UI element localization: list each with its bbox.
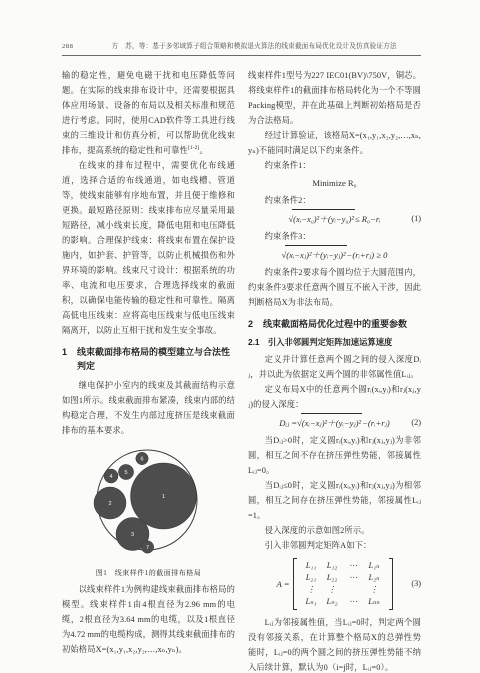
equation-1: √(xᵢ−x₀)²＋(yᵢ−y₀)² ≤ R₀−rᵢ (1) — [248, 209, 421, 228]
figure-1: 1234567 图1 线束样件1的截面排布格局 — [62, 446, 235, 578]
matrix-cell: ⋮ — [307, 584, 315, 596]
equation-rhs: ≤ R₀−rᵢ — [355, 210, 381, 228]
cable-circle-label: 5 — [124, 470, 127, 476]
equation-2: Dᵢⱼ = √(xᵢ−xⱼ)²＋(yᵢ−yⱼ)² −(rᵢ+rⱼ) (2) — [248, 413, 421, 432]
matrix-left-bracket — [293, 558, 297, 610]
paragraph: 在线束的排布过程中，需要优化布线通道，选择合适的布线通道，如电线槽、管道等，使线… — [62, 158, 235, 338]
paragraph-text: 。 — [199, 146, 207, 155]
paragraph: 线束样件1型号为227 IEC01(BV)\750V，铜芯。将线束样件1的截面排… — [248, 68, 421, 128]
matrix-grid: L₁₁ L₁₂ ⋯ L₁ₙ L₂₁ L₂₂ ⋯ L₂ₙ ⋮ ⋮ ⋮ — [300, 558, 386, 610]
paper-page: 288 方 苏，等：基于多邻域算子组合策略和模拟退火算法的线束截面布局优化设计及… — [0, 0, 480, 673]
equation-radicand: (xᵢ−x₀)²＋(yᵢ−y₀)² — [292, 209, 355, 228]
section-1-heading: 1 线束截面排布格局的模型建立与合法性判定 — [62, 345, 235, 373]
paragraph-text: 输的稳定性，避免电磁干扰和电压降低等问题。在实际的线束排布设计中，还需要根据具体… — [62, 71, 235, 155]
page-number: 288 — [62, 43, 73, 50]
matrix-cell: L₂ₙ — [369, 572, 380, 584]
paragraph: 继电保护小室内的线束及其截面结构示意如图1所示。线束截面排布紧凑，线束内部的结构… — [62, 378, 235, 438]
paragraph: Lᵢⱼ为邻接属性值，当Lᵢⱼ=0时，判定两个圆没有邻接关系，在计算整个格局X的总… — [248, 615, 421, 673]
matrix-cell: L₂₂ — [327, 572, 337, 584]
paragraph: 经过计算验证，该格局X=(x₁,y₁,x₂,y₂,…,xₙ,yₙ)不能同时满足以… — [248, 128, 421, 158]
matrix-cell: ⋯ — [349, 572, 357, 584]
section-number: 2 — [248, 317, 263, 331]
constraint-2-label: 约束条件2： — [248, 193, 421, 208]
section-title: 线束截面排布格局的模型建立与合法性判定 — [77, 345, 235, 373]
equation-minimize: Minimize R₀ — [248, 174, 421, 192]
equation-3-matrix: A = L₁₁ L₁₂ ⋯ L₁ₙ L₂₁ L₂₂ ⋯ L₂ₙ ⋮ — [248, 558, 421, 610]
paragraph: 当Dᵢⱼ≤0时，定义圆rᵢ(xᵢ,yᵢ)和rⱼ(xⱼ,yⱼ)为相邻圆，相互之间存… — [248, 478, 421, 523]
matrix-cell: L₁ₙ — [369, 560, 380, 572]
paragraph: 定义并计算任意两个圆之间的侵入深度Dᵢⱼ，并以此为依据定义两个圆的非邻属性值Lᵢ… — [248, 352, 421, 382]
paragraph: 以线束样件1为例构建线束截面排布格局的模型。线束样件1由4根直径为2.96 mm… — [62, 582, 235, 657]
matrix: L₁₁ L₁₂ ⋯ L₁ₙ L₂₁ L₂₂ ⋯ L₂ₙ ⋮ ⋮ ⋮ — [293, 558, 393, 610]
matrix-cell: Lₙₙ — [368, 596, 379, 608]
equation-constraint-3: √(xᵢ−xⱼ)²＋(yᵢ−yⱼ)² −(rᵢ+rⱼ) ≥ 0 — [248, 245, 421, 264]
paragraph: 侵入深度的示意如图2所示。 — [248, 523, 421, 538]
section-title: 线束截面格局优化过程中的重要参数 — [263, 317, 407, 331]
equation-number: (1) — [411, 210, 421, 228]
matrix-right-bracket — [389, 558, 393, 610]
running-title: 方 苏，等：基于多邻域算子组合策略和模拟退火算法的线束截面布局优化设计及仿真验证… — [87, 40, 421, 50]
matrix-cell: L₁₂ — [327, 560, 337, 572]
cable-circle-label: 2 — [108, 501, 111, 507]
running-header: 288 方 苏，等：基于多邻域算子组合策略和模拟退火算法的线束截面布局优化设计及… — [62, 40, 421, 56]
page-content: 288 方 苏，等：基于多邻域算子组合策略和模拟退火算法的线束截面布局优化设计及… — [62, 40, 421, 673]
right-column: 线束样件1型号为227 IEC01(BV)\750V，铜芯。将线束样件1的截面排… — [248, 68, 421, 673]
paragraph: 约束条件2要求每个圆均位于大圆范围内，约束条件3要求任意两个圆互不嵌入干涉，因此… — [248, 265, 421, 310]
constraint-1-label: 约束条件1： — [248, 158, 421, 173]
cable-circle-label: 1 — [161, 494, 164, 500]
matrix-cell: ⋯ — [349, 596, 357, 608]
equation-number: (3) — [411, 578, 421, 590]
left-column: 输的稳定性，避免电磁干扰和电压降低等问题。在实际的线束排布设计中，还需要根据具体… — [62, 68, 235, 673]
matrix-cell: L₂₁ — [306, 572, 316, 584]
equation-number: (2) — [411, 414, 421, 432]
paragraph: 定义布局X中的任意两个圆rᵢ(xᵢ,yᵢ)和rⱼ(xⱼ,yⱼ)的侵入深度： — [248, 382, 421, 412]
equation-radicand: (xᵢ−xⱼ)²＋(yᵢ−yⱼ)² — [301, 413, 362, 432]
section-2-1-heading: 2.1 引入非邻圆判定矩阵加速运算速度 — [248, 336, 421, 349]
cable-circle-label: 6 — [140, 457, 143, 463]
paragraph: 引入非邻圆判定矩阵A如下： — [248, 538, 421, 553]
matrix-cell: Lₙ₂ — [327, 596, 338, 608]
constraint-3-label: 约束条件3： — [248, 229, 421, 244]
matrix-cell: L₁₁ — [306, 560, 316, 572]
section-number: 1 — [62, 345, 77, 373]
matrix-lhs: A = — [276, 578, 289, 590]
matrix-cell: ⋮ — [328, 584, 336, 596]
equation-radicand: (xᵢ−xⱼ)²＋(yᵢ−yⱼ)² — [285, 245, 346, 264]
matrix-cell: Lₙ₁ — [306, 596, 317, 608]
figure-1-caption: 图1 线束样件1的截面排布格局 — [62, 568, 235, 578]
two-column-body: 输的稳定性，避免电磁干扰和电压降低等问题。在实际的线束排布设计中，还需要根据具体… — [62, 68, 421, 673]
paragraph: 当Dᵢⱼ>0时，定义圆rᵢ(xᵢ,yᵢ)和rⱼ(xⱼ,yⱼ)为非邻圆，相互之间不… — [248, 433, 421, 478]
cable-circle-label: 3 — [130, 532, 133, 538]
cable-circle-label: 7 — [145, 545, 148, 551]
matrix-cell: ⋯ — [349, 560, 357, 572]
matrix-cell: ⋮ — [370, 584, 378, 596]
paragraph: 输的稳定性，避免电磁干扰和电压降低等问题。在实际的线束排布设计中，还需要根据具体… — [62, 68, 235, 158]
equation-lhs: Dᵢⱼ = — [279, 414, 297, 432]
equation-rhs: −(rᵢ+rⱼ) — [362, 414, 390, 432]
citation-marker: [1-2] — [188, 145, 200, 151]
equation-text: Minimize R₀ — [312, 174, 356, 192]
section-2-heading: 2 线束截面格局优化过程中的重要参数 — [248, 317, 421, 331]
cable-circle-label: 4 — [109, 474, 112, 480]
equation-rhs: −(rᵢ+rⱼ) ≥ 0 — [347, 246, 388, 264]
cross-section-diagram: 1234567 — [87, 446, 211, 560]
